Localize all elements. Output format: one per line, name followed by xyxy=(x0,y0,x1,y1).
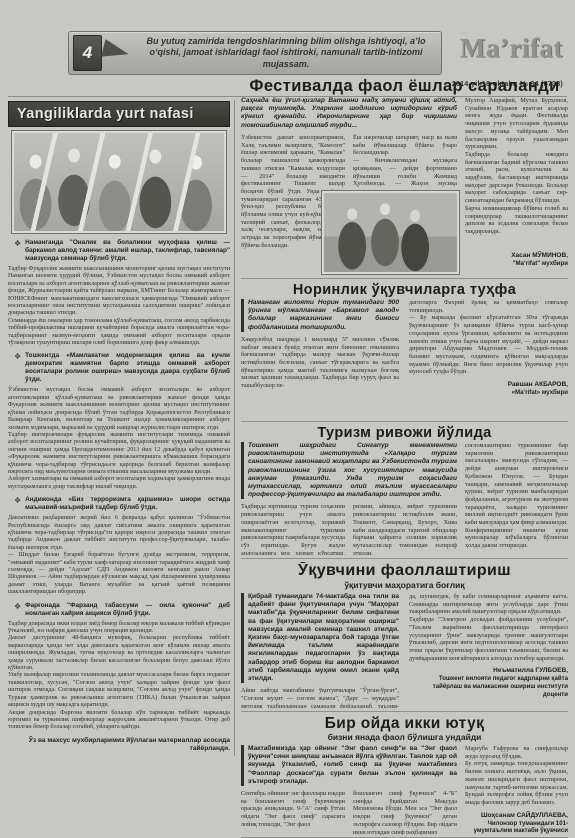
article-columns: Наманган вилояти Норин туманидаги 900 ўр… xyxy=(241,299,568,397)
article-column: дагогларга Фахрий ёрлиқ ва қимматбаҳо со… xyxy=(409,299,568,397)
article-column: Наманган вилояти Норин туманидаги 900 ўр… xyxy=(241,299,399,397)
column-footer: Ўз ва махсус мухбирларимиз йўллаган мате… xyxy=(8,737,230,754)
news-body: Тадбир доирасида икки юздан зиёд бемор б… xyxy=(8,621,230,732)
article-divider xyxy=(241,711,568,712)
diamond-ornament-icon: ❖ xyxy=(14,239,21,263)
signature-name: Хасан МЎМИНОВ, xyxy=(465,252,568,260)
news-lead: ❖ Наманганда "Оналик ва болаликни муҳофа… xyxy=(14,239,230,263)
column-divider xyxy=(234,100,235,756)
article-column-text: Марғуба Ғафурова ва синфдошлар жуда хурс… xyxy=(465,745,568,807)
news-body: Давлатимиз раҳбарининг жорий йил 6 февра… xyxy=(8,515,230,596)
article-intro: Қибрай туманидаги 74-мактабда она тили в… xyxy=(241,593,399,683)
news-lead-text: Фарғонада "Фарзанд табассуми — оила қуво… xyxy=(25,602,230,618)
diamond-ornament-icon: ❖ xyxy=(14,496,21,512)
article-headline: Бир ойда икки ютуқ xyxy=(241,715,568,732)
article-subhead: бизни янада фаол бўлишга ундайди xyxy=(241,732,568,743)
signature-name: Равшан АКБАРОВ, xyxy=(409,381,568,389)
article-headline: Ўқувчини фаоллаштириш xyxy=(241,562,568,580)
news-lead: ❖ Фарғонада "Фарзанд табассуми — оила қу… xyxy=(14,602,230,618)
article-intro: Мактабимизда ҳар ойнинг "Энг фаол синф"и… xyxy=(241,745,457,786)
article-norin: Норинлик ўқувчиларга туҳфа Наманган вило… xyxy=(241,282,568,418)
article-columns: Мактабимизда ҳар ойнинг "Энг фаол синф"и… xyxy=(241,745,568,835)
news-item: ❖ Андижонда «Биз терроризмга қаршимиз» ш… xyxy=(8,496,230,596)
article-column: Марғуба Ғафурова ва синфдошлар жуда хурс… xyxy=(465,745,568,835)
article-divider xyxy=(241,558,568,559)
article-intro: Тошкент шаҳридаги Сингапур менежментни р… xyxy=(241,442,457,499)
article-column: Ёш ижрочилар шеърият, наср ва назм каби … xyxy=(353,134,457,188)
article-column-text: Айни пайтда мактабимиз ўқитувчилари "Ўрг… xyxy=(241,687,399,708)
news-lead: ❖ Андижонда «Биз терроризмга қаршимиз» ш… xyxy=(14,496,230,512)
signature-role: Тошкент вилояти педагог кадрларни қайта … xyxy=(409,675,568,698)
news-lead-text: Тошкентда «Мамлакатни модернизация қилиш… xyxy=(25,352,230,384)
articles-area: Фестивалда фаол ёшлар сараланди Саҳнада … xyxy=(241,77,568,838)
signature-role: Чилонзор туманидаги 101-умумтаълим макта… xyxy=(465,820,568,835)
news-body: Ўзбекистон мустақил босма оммавий ахборо… xyxy=(8,387,230,491)
article-column-text: Хаққулобод шаҳрида 1 миллиард 37 миллион… xyxy=(241,336,399,390)
header-slogan: Bu yutuq zamirida tengdoshlarimning bili… xyxy=(141,36,431,71)
article-column-text: соғломлаштириш туризмининг бир тармоғини… xyxy=(465,442,568,550)
article-column: бошланғич синф ўқувчиси" 4-"Б" синфда ўқ… xyxy=(353,790,457,835)
diamond-ornament-icon: ❖ xyxy=(14,352,21,384)
pencil-icon xyxy=(101,39,131,63)
signature-name: Неъматилла ГУЛБОЕВ, xyxy=(409,667,568,675)
article-column: Мухтор Ашрафий, Мутал Бурҳонов, Сулаймон… xyxy=(465,97,568,245)
news-lead-text: Андижонда «Биз терроризмга қаршимиз» шио… xyxy=(25,496,230,512)
article-subhead: ўқитувчи маҳоратига боғлиқ xyxy=(241,580,568,591)
signature-role: "Ma’rifat" мухбири xyxy=(465,260,568,268)
article-tourism: Туризм ривожи йўлида Тошкент шаҳридаги С… xyxy=(241,425,568,555)
article-column: соғломлаштириш туризмининг бир тармоғини… xyxy=(465,442,568,555)
article-intro: Наманган вилояти Норин туманидаги 900 ўр… xyxy=(241,299,399,332)
newspaper-page: 4 Bu yutuq zamirida tengdoshlarimning bi… xyxy=(0,0,575,838)
article-columns: Тошкент шаҳридаги Сингапур менежментни р… xyxy=(241,442,568,555)
article-column-text: да, шунингдек, бу каби семинарларнинг аҳ… xyxy=(409,593,568,662)
article-column-text: дагогларга Фахрий ёрлиқ ва қимматбаҳо со… xyxy=(409,299,568,376)
article-column: да, шунингдек, бу каби семинарларнинг аҳ… xyxy=(409,593,568,708)
news-column-banner: Yangiliklarda yurt nafasi xyxy=(8,101,230,127)
article-signature: Хасан МЎМИНОВ, "Ma’rifat" мухбири xyxy=(465,252,568,268)
article-pupil: Ўқувчини фаоллаштириш ўқитувчи маҳоратиг… xyxy=(241,562,568,708)
article-signature: Шоҳсанам САЙДУЛЛАЕВА, Чилонзор туманидаг… xyxy=(465,812,568,835)
news-item: ❖ Тошкентда «Мамлакатни модернизация қил… xyxy=(8,352,230,491)
article-headline: Норинлик ўқувчиларга туҳфа xyxy=(241,282,568,299)
festival-photo xyxy=(321,190,460,275)
article-column: Сентябрь ойининг энг фаоллари юқори ва б… xyxy=(241,790,345,835)
article-column: Тадбирда юртимизда туризм соҳасини ривож… xyxy=(241,503,345,555)
signature-role: «Ma’rifat» мухбири xyxy=(409,389,568,397)
news-column: Yangiliklarda yurt nafasi ❖ Наманганда "… xyxy=(8,101,230,759)
masthead-logo: Ma’rifat xyxy=(428,34,563,62)
diamond-ornament-icon: ❖ xyxy=(14,602,21,618)
article-intro: Саҳнада ёш ўғил-қизлар Ватанни мадҳ этув… xyxy=(241,97,457,130)
article-victory: Бир ойда икки ютуқ бизни янада фаол бўли… xyxy=(241,715,568,835)
article-signature: Неъматилла ГУЛБОЕВ, Тошкент вилояти педа… xyxy=(409,667,568,698)
news-lead-text: Наманганда "Оналик ва болаликни муҳофаза… xyxy=(25,239,230,263)
article-signature: Равшан АКБАРОВ, «Ma’rifat» мухбири xyxy=(409,381,568,397)
article-festival: Фестивалда фаол ёшлар сараланди Саҳнада … xyxy=(241,77,568,275)
seminar-photo xyxy=(11,130,227,234)
article-divider xyxy=(241,278,568,279)
article-columns: Қибрай туманидаги 74-мактабда она тили в… xyxy=(241,593,568,708)
header-bar: 4 Bu yutuq zamirida tengdoshlarimning bi… xyxy=(68,31,442,75)
article-column: ризмни, айниқса, зиёрат туризмини ривожл… xyxy=(353,503,457,555)
news-lead: ❖ Тошкентда «Мамлакатни модернизация қил… xyxy=(14,352,230,384)
news-item: ❖ Наманганда "Оналик ва болаликни муҳофа… xyxy=(8,239,230,347)
article-column: Қибрай туманидаги 74-мактабда она тили в… xyxy=(241,593,399,708)
signature-name: Шоҳсанам САЙДУЛЛАЕВА, xyxy=(465,812,568,820)
news-item: ❖ Фарғонада "Фарзанд табассуми — оила қу… xyxy=(8,602,230,732)
article-divider xyxy=(241,421,568,422)
news-body: Тадбир Фуқаролик жамияти шаклланишини мо… xyxy=(8,266,230,347)
article-headline: Фестивалда фаол ёшлар сараланди xyxy=(241,77,568,96)
page-number: 4 xyxy=(73,35,102,71)
article-headline: Туризм ривожи йўлида xyxy=(241,425,568,442)
